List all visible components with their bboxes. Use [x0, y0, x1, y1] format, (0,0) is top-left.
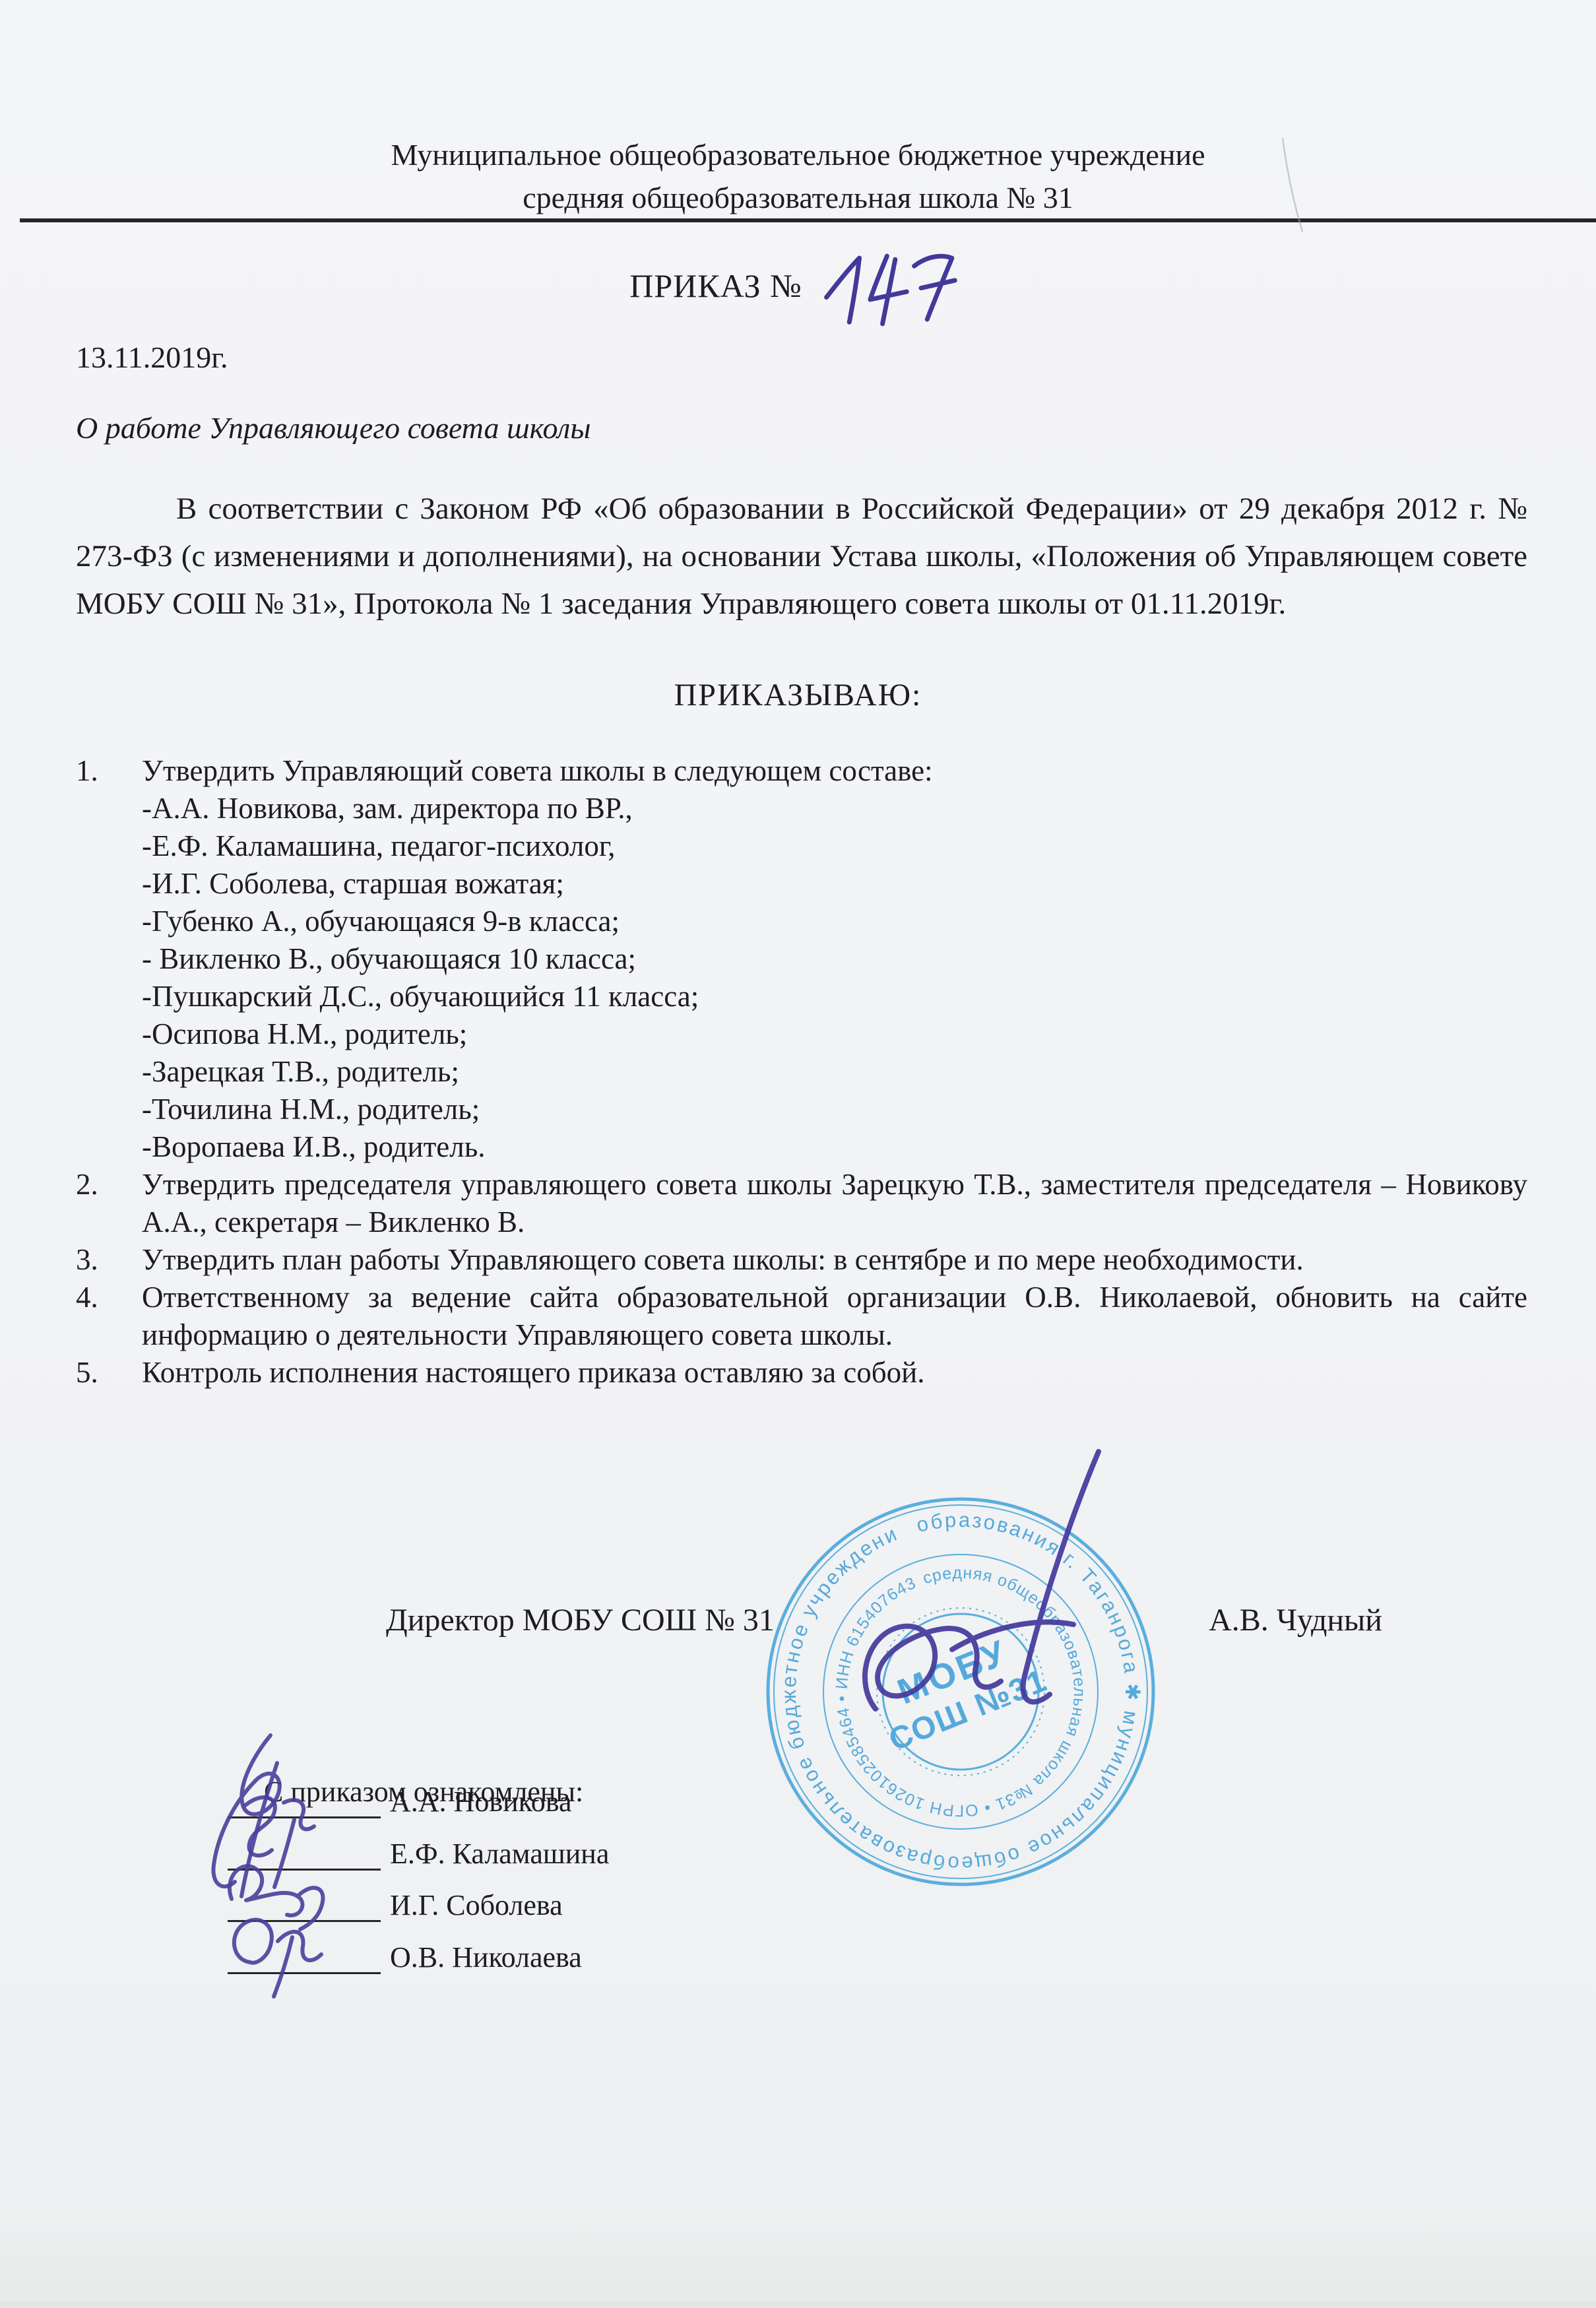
- order-date: 13.11.2019г.: [76, 340, 228, 375]
- item-number: 3.: [76, 1241, 142, 1279]
- item-number: 5.: [76, 1354, 142, 1392]
- order-title-row: ПРИКАЗ №: [0, 245, 1596, 335]
- letterhead-line-2: средняя общеобразовательная школа № 31: [0, 177, 1596, 219]
- order-item-5: 5. Контроль исполнения настоящего приказ…: [76, 1354, 1527, 1392]
- item-text: Утвердить Управляющий совета школы в сле…: [142, 752, 1527, 1166]
- item-number: 2.: [76, 1166, 142, 1203]
- order-title: ПРИКАЗ №: [629, 245, 802, 305]
- council-member: -Воропаева И.В., родитель.: [142, 1128, 1527, 1166]
- scan-artifact-line: [1273, 135, 1313, 234]
- scan-bottom-edge: [0, 2301, 1596, 2308]
- item-text: Контроль исполнения настоящего приказа о…: [142, 1354, 1527, 1392]
- item-text: Утвердить план работы Управляющего совет…: [142, 1241, 1527, 1279]
- council-member: -Е.Ф. Каламашина, педагог-психолог,: [142, 827, 1527, 865]
- council-member: -Губенко А., обучающаяся 9-в класса;: [142, 903, 1527, 940]
- letterhead-divider: [20, 218, 1596, 222]
- director-name: А.В. Чудный: [1209, 1602, 1382, 1638]
- item-number: 4.: [76, 1279, 142, 1316]
- order-intro-paragraph: В соответствии с Законом РФ «Об образова…: [76, 485, 1527, 627]
- signature-nikolaeva: [214, 1888, 340, 2001]
- handwritten-order-number: [812, 245, 967, 335]
- council-member: -Пушкарский Д.С., обучающийся 11 класса;: [142, 978, 1527, 1015]
- ack-name: И.Г. Соболева: [390, 1888, 563, 1922]
- director-signature-row: Директор МОБУ СОШ № 31 А.В. Чудный: [76, 1602, 1527, 1638]
- item-text: Ответственному за ведение сайта образова…: [142, 1279, 1527, 1354]
- council-member: -Зарецкая Т.В., родитель;: [142, 1053, 1527, 1091]
- scanned-order-document: Муниципальное общеобразовательное бюджет…: [0, 0, 1596, 2308]
- order-subject: О работе Управляющего совета школы: [76, 410, 591, 445]
- item-1-lead: Утвердить Управляющий совета школы в сле…: [142, 754, 933, 787]
- council-member: -Точилина Н.М., родитель;: [142, 1091, 1527, 1128]
- council-member: -И.Г. Соболева, старшая вожатая;: [142, 865, 1527, 903]
- command-word: ПРИКАЗЫВАЮ:: [0, 677, 1596, 713]
- order-item-4: 4. Ответственному за ведение сайта образ…: [76, 1279, 1527, 1354]
- order-item-1: 1. Утвердить Управляющий совета школы в …: [76, 752, 1527, 1166]
- ack-name: А.А. Новикова: [390, 1785, 572, 1818]
- order-item-2: 2. Утвердить председателя управляющего с…: [76, 1166, 1527, 1241]
- item-number: 1.: [76, 752, 142, 790]
- council-member: -Осипова Н.М., родитель;: [142, 1015, 1527, 1053]
- item-text: Утвердить председателя управляющего сове…: [142, 1166, 1527, 1241]
- council-member: - Викленко В., обучающаяся 10 класса;: [142, 940, 1527, 978]
- ack-name: Е.Ф. Каламашина: [390, 1837, 609, 1871]
- council-member: -А.А. Новикова, зам. директора по ВР.,: [142, 790, 1527, 827]
- order-item-3: 3. Утвердить план работы Управляющего со…: [76, 1241, 1527, 1279]
- ack-name: О.В. Николаева: [390, 1940, 582, 1974]
- director-label: Директор МОБУ СОШ № 31: [386, 1602, 775, 1638]
- letterhead-line-1: Муниципальное общеобразовательное бюджет…: [0, 134, 1596, 176]
- order-items-list: 1. Утвердить Управляющий совета школы в …: [76, 752, 1527, 1392]
